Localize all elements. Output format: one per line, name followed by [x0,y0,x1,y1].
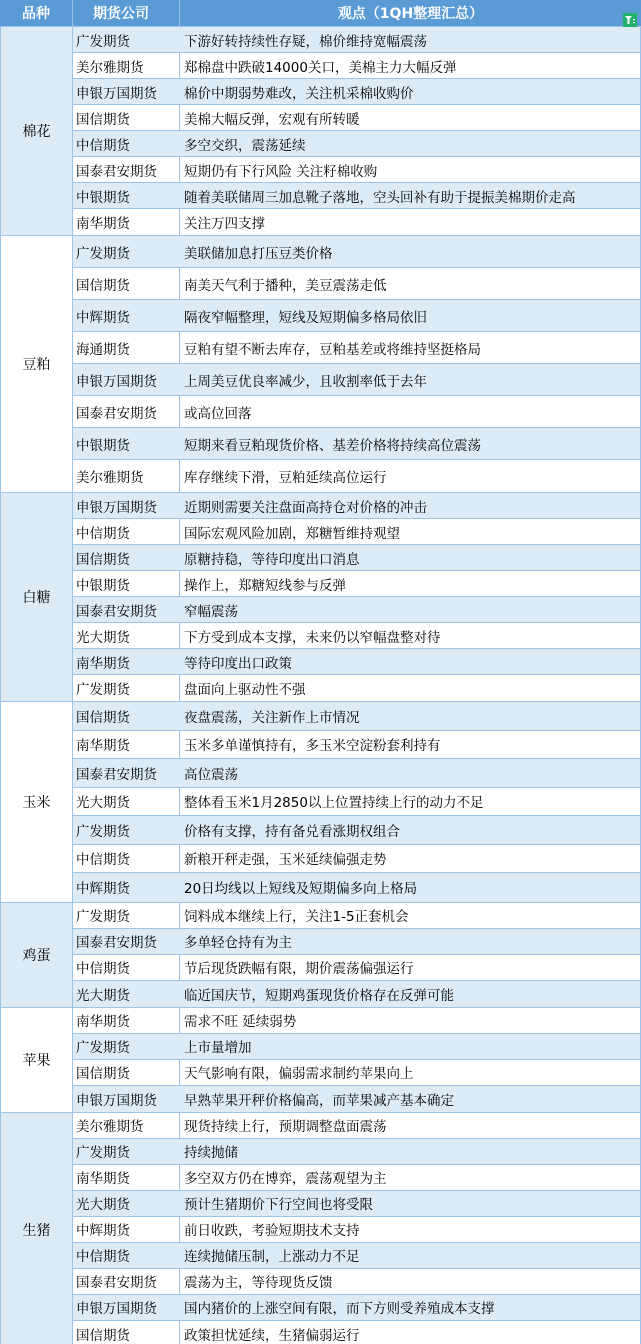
company-cell[interactable]: 光大期货 [73,788,180,816]
table-row: 美尔雅期货郑棉盘中跌破14000关口，美棉主力大幅反弹 [73,53,641,79]
table-row: 南华期货多空双方仍在博弈，震荡观望为主 [73,1165,641,1191]
company-cell[interactable]: 中辉期货 [73,873,180,902]
view-cell[interactable]: 操作上，郑糖短线参与反弹 [180,571,641,596]
company-cell[interactable]: 南华期货 [73,731,180,759]
company-cell[interactable]: 中银期货 [73,571,180,596]
view-cell[interactable]: 早熟苹果开秤价格偏高，而苹果减产基本确定 [180,1086,641,1112]
view-cell[interactable]: 随着美联储周三加息靴子落地，空头回补有助于提振美棉期价走高 [180,183,641,208]
table-row: 中银期货随着美联储周三加息靴子落地，空头回补有助于提振美棉期价走高 [73,183,641,209]
company-cell[interactable]: 广发期货 [73,1139,180,1164]
view-cell[interactable]: 预计生猪期价下行空间也将受限 [180,1191,641,1216]
table-row: 国信期货天气影响有限，偏弱需求制约苹果向上 [73,1060,641,1086]
view-cell[interactable]: 需求不旺 延续弱势 [180,1008,641,1033]
view-cell[interactable]: 玉米多单谨慎持有，多玉米空淀粉套利持有 [180,731,641,759]
table-row: 海通期货豆粕有望不断去库存，豆粕基差或将维持坚挺格局 [73,332,641,364]
company-cell[interactable]: 国泰君安期货 [73,396,180,427]
table-row: 广发期货上市量增加 [73,1034,641,1060]
company-cell[interactable]: 光大期货 [73,623,180,648]
table-row: 广发期货下游好转持续性存疑，棉价维持宽幅震荡 [73,27,641,53]
view-cell[interactable]: 饲料成本继续上行，关注1-5正套机会 [180,903,641,928]
table-row: 美尔雅期货库存继续下滑，豆粕延续高位运行 [73,460,641,492]
view-cell[interactable]: 棉价中期弱势难改，关注机采棉收购价 [180,79,641,104]
table-row: 国信期货南美天气利于播种，美豆震荡走低 [73,268,641,300]
view-cell[interactable]: 震荡为主，等待现货反馈 [180,1269,641,1294]
table-row: 广发期货价格有支撑，持有备兑看涨期权组合 [73,816,641,845]
company-cell[interactable]: 中信期货 [73,131,180,156]
company-cell[interactable]: 美尔雅期货 [73,1113,180,1138]
view-cell[interactable]: 南美天气利于播种，美豆震荡走低 [180,268,641,299]
variety-cell[interactable]: 苹果 [0,1008,73,1112]
company-cell[interactable]: 国泰君安期货 [73,929,180,954]
view-cell[interactable]: 前日收跌，考验短期技术支持 [180,1217,641,1242]
filter-icon[interactable] [623,13,637,27]
view-cell[interactable]: 多空双方仍在博弈，震荡观望为主 [180,1165,641,1190]
table-row: 中信期货新粮开秤走强，玉米延续偏强走势 [73,845,641,874]
view-cell[interactable]: 上市量增加 [180,1034,641,1059]
view-cell[interactable]: 郑棉盘中跌破14000关口，美棉主力大幅反弹 [180,53,641,78]
table-row: 国泰君安期货窄幅震荡 [73,597,641,623]
company-cell[interactable]: 中信期货 [73,845,180,873]
view-cell[interactable]: 多空交织，震荡延续 [180,131,641,156]
table-row: 申银万国期货棉价中期弱势难改，关注机采棉收购价 [73,79,641,105]
company-cell[interactable]: 广发期货 [73,27,180,52]
table-row: 国信期货夜盘震荡，关注新作上市情况 [73,702,641,731]
view-cell[interactable]: 国内猪价的上涨空间有限，而下方则受养殖成本支撑 [180,1295,641,1320]
table-row: 中辉期货前日收跌，考验短期技术支持 [73,1217,641,1243]
variety-group: 白糖申银万国期货近期则需要关注盘面高持仓对价格的冲击中信期货国际宏观风险加剧，郑… [0,493,641,702]
view-cell[interactable]: 或高位回落 [180,396,641,427]
table-row: 国泰君安期货高位震荡 [73,759,641,788]
variety-cell[interactable]: 生猪 [0,1113,73,1344]
company-cell[interactable]: 申银万国期货 [73,1086,180,1112]
company-cell[interactable]: 申银万国期货 [73,79,180,104]
table-row: 国泰君安期货多单轻仓持有为主 [73,929,641,955]
view-cell[interactable]: 下游好转持续性存疑，棉价维持宽幅震荡 [180,27,641,52]
table-row: 广发期货盘面向上驱动性不强 [73,675,641,701]
company-cell[interactable]: 南华期货 [73,1165,180,1190]
variety-rows: 申银万国期货近期则需要关注盘面高持仓对价格的冲击中信期货国际宏观风险加剧，郑糖暂… [73,493,641,701]
variety-rows: 国信期货夜盘震荡，关注新作上市情况南华期货玉米多单谨慎持有，多玉米空淀粉套利持有… [73,702,641,902]
table-row: 中银期货操作上，郑糖短线参与反弹 [73,571,641,597]
table-row: 光大期货临近国庆节，短期鸡蛋现货价格存在反弹可能 [73,981,641,1007]
view-cell[interactable]: 关注万四支撑 [180,209,641,235]
company-cell[interactable]: 国信期货 [73,1060,180,1085]
company-cell[interactable]: 国信期货 [73,702,180,730]
table-row: 国信期货原糖持稳，等待印度出口消息 [73,545,641,571]
company-cell[interactable]: 光大期货 [73,981,180,1007]
variety-group: 生猪美尔雅期货现货持续上行，预期调整盘面震荡广发期货持续抛储南华期货多空双方仍在… [0,1113,641,1344]
table-row: 国泰君安期货震荡为主，等待现货反馈 [73,1269,641,1295]
view-cell[interactable]: 下方受到成本支撑，未来仍以窄幅盘整对待 [180,623,641,648]
company-cell[interactable]: 广发期货 [73,675,180,701]
header-view[interactable]: 观点（1QH整理汇总） [180,0,641,26]
header-company[interactable]: 期货公司 [73,0,180,26]
table-row: 中银期货短期来看豆粕现货价格、基差价格将持续高位震荡 [73,428,641,460]
company-cell[interactable]: 国泰君安期货 [73,157,180,182]
view-cell[interactable]: 连续抛储压制，上涨动力不足 [180,1243,641,1268]
table-row: 光大期货下方受到成本支撑，未来仍以窄幅盘整对待 [73,623,641,649]
table-row: 中辉期货20日均线以上短线及短期偏多向上格局 [73,873,641,902]
table-row: 中信期货多空交织，震荡延续 [73,131,641,157]
table-row: 国信期货政策担忧延续，生猪偏弱运行 [73,1321,641,1344]
company-cell[interactable]: 申银万国期货 [73,493,180,518]
table-row: 国泰君安期货或高位回落 [73,396,641,428]
company-cell[interactable]: 广发期货 [73,816,180,844]
table-row: 申银万国期货早熟苹果开秤价格偏高，而苹果减产基本确定 [73,1086,641,1112]
company-cell[interactable]: 美尔雅期货 [73,53,180,78]
variety-rows: 南华期货需求不旺 延续弱势广发期货上市量增加国信期货天气影响有限，偏弱需求制约苹… [73,1008,641,1112]
table-row: 光大期货整体看玉米1月2850以上位置持续上行的动力不足 [73,788,641,817]
view-cell[interactable]: 天气影响有限，偏弱需求制约苹果向上 [180,1060,641,1085]
view-cell[interactable]: 美联储加息打压豆类价格 [180,236,641,267]
variety-group: 棉花广发期货下游好转持续性存疑，棉价维持宽幅震荡美尔雅期货郑棉盘中跌破14000… [0,27,641,236]
variety-group: 鸡蛋广发期货饲料成本继续上行，关注1-5正套机会国泰君安期货多单轻仓持有为主中信… [0,903,641,1008]
table-row: 申银万国期货近期则需要关注盘面高持仓对价格的冲击 [73,493,641,519]
company-cell[interactable]: 国泰君安期货 [73,1269,180,1294]
table-row: 申银万国期货国内猪价的上涨空间有限，而下方则受养殖成本支撑 [73,1295,641,1321]
variety-cell[interactable]: 玉米 [0,702,73,902]
view-cell[interactable]: 盘面向上驱动性不强 [180,675,641,701]
company-cell[interactable]: 国信期货 [73,105,180,130]
company-cell[interactable]: 申银万国期货 [73,364,180,395]
variety-rows: 广发期货饲料成本继续上行，关注1-5正套机会国泰君安期货多单轻仓持有为主中信期货… [73,903,641,1007]
view-cell[interactable]: 节后现货跌幅有限，期价震荡偏强运行 [180,955,641,980]
table-row: 申银万国期货上周美豆优良率减少，且收割率低于去年 [73,364,641,396]
company-cell[interactable]: 美尔雅期货 [73,460,180,492]
table-header: 品种 期货公司 观点（1QH整理汇总） [0,0,641,27]
company-cell[interactable]: 光大期货 [73,1191,180,1216]
view-cell[interactable]: 原糖持稳，等待印度出口消息 [180,545,641,570]
company-cell[interactable]: 南华期货 [73,209,180,235]
company-cell[interactable]: 广发期货 [73,1034,180,1059]
company-cell[interactable]: 中辉期货 [73,1217,180,1242]
variety-rows: 广发期货下游好转持续性存疑，棉价维持宽幅震荡美尔雅期货郑棉盘中跌破14000关口… [73,27,641,235]
view-cell[interactable]: 窄幅震荡 [180,597,641,622]
table-row: 广发期货美联储加息打压豆类价格 [73,236,641,268]
view-cell[interactable]: 美棉大幅反弹，宏观有所转暖 [180,105,641,130]
variety-cell[interactable]: 棉花 [0,27,73,235]
table-row: 南华期货关注万四支撑 [73,209,641,235]
futures-views-table: 品种 期货公司 观点（1QH整理汇总） 棉花广发期货下游好转持续性存疑，棉价维持… [0,0,641,1344]
header-variety[interactable]: 品种 [0,0,73,26]
company-cell[interactable]: 广发期货 [73,903,180,928]
table-row: 广发期货饲料成本继续上行，关注1-5正套机会 [73,903,641,929]
view-cell[interactable]: 政策担忧延续，生猪偏弱运行 [180,1321,641,1344]
filter-funnel-icon [624,14,636,26]
view-cell[interactable]: 整体看玉米1月2850以上位置持续上行的动力不足 [180,788,641,816]
company-cell[interactable]: 申银万国期货 [73,1295,180,1320]
table-row: 中信期货节后现货跌幅有限，期价震荡偏强运行 [73,955,641,981]
company-cell[interactable]: 国泰君安期货 [73,759,180,787]
view-cell[interactable]: 持续抛储 [180,1139,641,1164]
variety-cell[interactable]: 白糖 [0,493,73,701]
view-cell[interactable]: 新粮开秤走强，玉米延续偏强走势 [180,845,641,873]
company-cell[interactable]: 国信期货 [73,1321,180,1344]
view-cell[interactable]: 国际宏观风险加剧，郑糖暂维持观望 [180,519,641,544]
company-cell[interactable]: 广发期货 [73,236,180,267]
view-cell[interactable]: 现货持续上行，预期调整盘面震荡 [180,1113,641,1138]
view-cell[interactable]: 库存继续下滑，豆粕延续高位运行 [180,460,641,492]
company-cell[interactable]: 海通期货 [73,332,180,363]
table-body: 棉花广发期货下游好转持续性存疑，棉价维持宽幅震荡美尔雅期货郑棉盘中跌破14000… [0,27,641,1344]
table-row: 美尔雅期货现货持续上行，预期调整盘面震荡 [73,1113,641,1139]
table-row: 南华期货等待印度出口政策 [73,649,641,675]
table-row: 中辉期货隔夜窄幅整理，短线及短期偏多格局依旧 [73,300,641,332]
view-cell[interactable]: 价格有支撑，持有备兑看涨期权组合 [180,816,641,844]
view-cell[interactable]: 隔夜窄幅整理，短线及短期偏多格局依旧 [180,300,641,331]
table-row: 光大期货预计生猪期价下行空间也将受限 [73,1191,641,1217]
table-row: 国泰君安期货短期仍有下行风险 关注籽棉收购 [73,157,641,183]
view-cell[interactable]: 高位震荡 [180,759,641,787]
view-cell[interactable]: 豆粕有望不断去库存，豆粕基差或将维持坚挺格局 [180,332,641,363]
variety-cell[interactable]: 豆粕 [0,236,73,492]
company-cell[interactable]: 国信期货 [73,268,180,299]
view-cell[interactable]: 短期来看豆粕现货价格、基差价格将持续高位震荡 [180,428,641,459]
company-cell[interactable]: 中信期货 [73,1243,180,1268]
view-cell[interactable]: 临近国庆节，短期鸡蛋现货价格存在反弹可能 [180,981,641,1007]
view-cell[interactable]: 短期仍有下行风险 关注籽棉收购 [180,157,641,182]
company-cell[interactable]: 南华期货 [73,649,180,674]
variety-group: 玉米国信期货夜盘震荡，关注新作上市情况南华期货玉米多单谨慎持有，多玉米空淀粉套利… [0,702,641,903]
variety-group: 苹果南华期货需求不旺 延续弱势广发期货上市量增加国信期货天气影响有限，偏弱需求制… [0,1008,641,1113]
view-cell[interactable]: 夜盘震荡，关注新作上市情况 [180,702,641,730]
table-row: 中信期货连续抛储压制，上涨动力不足 [73,1243,641,1269]
company-cell[interactable]: 南华期货 [73,1008,180,1033]
table-row: 南华期货需求不旺 延续弱势 [73,1008,641,1034]
view-cell[interactable]: 近期则需要关注盘面高持仓对价格的冲击 [180,493,641,518]
company-cell[interactable]: 中信期货 [73,955,180,980]
table-row: 广发期货持续抛储 [73,1139,641,1165]
view-cell[interactable]: 多单轻仓持有为主 [180,929,641,954]
view-cell[interactable]: 等待印度出口政策 [180,649,641,674]
variety-rows: 广发期货美联储加息打压豆类价格国信期货南美天气利于播种，美豆震荡走低中辉期货隔夜… [73,236,641,492]
company-cell[interactable]: 中辉期货 [73,300,180,331]
company-cell[interactable]: 国信期货 [73,545,180,570]
variety-cell[interactable]: 鸡蛋 [0,903,73,1007]
view-cell[interactable]: 上周美豆优良率减少，且收割率低于去年 [180,364,641,395]
company-cell[interactable]: 中银期货 [73,428,180,459]
company-cell[interactable]: 中银期货 [73,183,180,208]
table-row: 中信期货国际宏观风险加剧，郑糖暂维持观望 [73,519,641,545]
table-row: 南华期货玉米多单谨慎持有，多玉米空淀粉套利持有 [73,731,641,760]
variety-group: 豆粕广发期货美联储加息打压豆类价格国信期货南美天气利于播种，美豆震荡走低中辉期货… [0,236,641,493]
variety-rows: 美尔雅期货现货持续上行，预期调整盘面震荡广发期货持续抛储南华期货多空双方仍在博弈… [73,1113,641,1344]
table-row: 国信期货美棉大幅反弹，宏观有所转暖 [73,105,641,131]
view-cell[interactable]: 20日均线以上短线及短期偏多向上格局 [180,873,641,902]
company-cell[interactable]: 国泰君安期货 [73,597,180,622]
company-cell[interactable]: 中信期货 [73,519,180,544]
